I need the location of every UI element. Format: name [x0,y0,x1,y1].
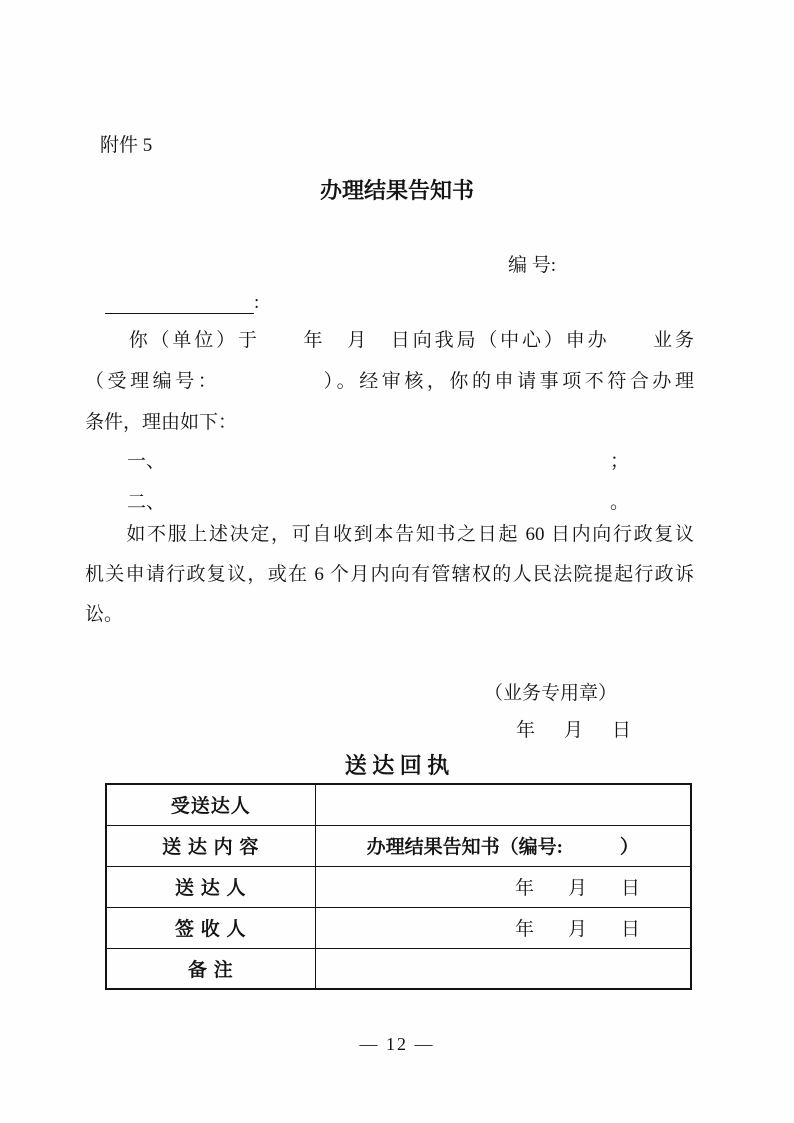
deliverer-label: 送 达 人 [106,866,315,907]
reason-item-2: 二、。 [127,491,629,515]
deliverer-date-year: 年 [515,873,534,900]
signer-date-month: 月 [568,914,587,941]
deliverer-date-cell: 年 月 日 [315,866,691,907]
body-line-3: 条件，理由如下： [85,411,694,435]
signer-date-day: 日 [621,914,640,941]
body-line-6: 如不服上述决定，可自收到本告知书之日起 60 日内向行政复议 [85,523,694,547]
page-number: — 12 — [0,1034,794,1055]
receipt-title: 送 达 回 执 [0,749,794,780]
signature-date-line: 年 月 日 [516,715,631,742]
document-number-label: 编 号: [508,250,556,277]
seal-label: （业务专用章） [484,678,617,705]
body-line-7: 机关申请行政复议，或在 6 个月内向有管辖权的人民法院提起行政诉 [85,563,694,587]
document-page: 附件 5 办理结果告知书 编 号: : 你（单位）于 年 月 日向我局（中心）申… [0,0,794,1123]
table-row-remarks: 备 注 [106,948,691,989]
body-line-2: （受理编号： ）。经审核，你的申请事项不符合办理 [85,370,694,394]
remarks-label: 备 注 [106,948,315,989]
page-title: 办理结果告知书 [0,174,794,205]
signature-date-year: 年 [516,715,535,742]
table-row-content: 送 达 内 容 办理结果告知书（编号: ） [106,825,691,866]
reason-item-2-punctuation: 。 [610,491,629,515]
delivery-content-value: 办理结果告知书（编号: ） [315,825,691,866]
signer-label: 签 收 人 [106,907,315,948]
attachment-label: 附件 5 [100,130,152,157]
signer-date-line: 年 月 日 [316,914,691,941]
body-line-1: 你（单位）于 年 月 日向我局（中心）申办 业务 [85,329,694,353]
delivery-content-label: 送 达 内 容 [106,825,315,866]
addressee-blank-underline [105,293,254,314]
signature-date-month: 月 [564,715,583,742]
signature-date-day: 日 [612,715,631,742]
deliverer-date-month: 月 [568,873,587,900]
signer-date-year: 年 [515,914,534,941]
reason-item-1-prefix: 一、 [127,450,165,474]
delivery-receipt-table: 受送达人 送 达 内 容 办理结果告知书（编号: ） 送 达 人 年 月 日 [105,783,692,990]
signer-date-cell: 年 月 日 [315,907,691,948]
remarks-value [315,948,691,989]
addressee-colon: : [254,292,259,314]
recipient-label: 受送达人 [106,784,315,825]
table-row-recipient: 受送达人 [106,784,691,825]
reason-item-2-prefix: 二、 [127,491,165,515]
addressee-line: : [105,292,259,314]
table-row-signer: 签 收 人 年 月 日 [106,907,691,948]
body-line-8: 讼。 [85,603,694,627]
deliverer-date-line: 年 月 日 [316,873,691,900]
table-row-deliverer: 送 达 人 年 月 日 [106,866,691,907]
recipient-value [315,784,691,825]
reason-item-1-punctuation: ； [610,450,629,474]
deliverer-date-day: 日 [621,873,640,900]
reason-item-1: 一、； [127,450,629,474]
